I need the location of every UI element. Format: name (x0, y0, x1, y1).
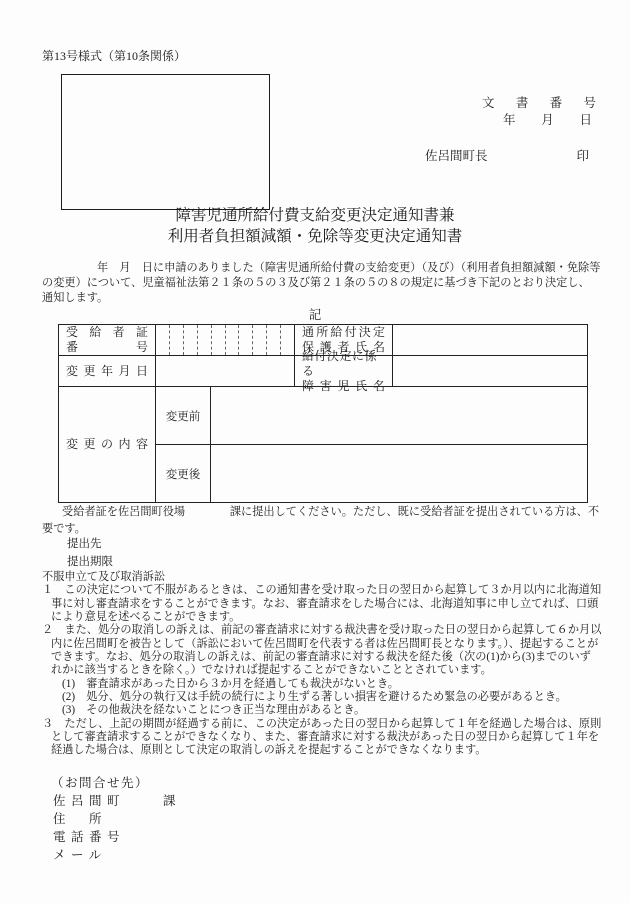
text-line: (1) 審査請求があった日から３か月を経過しても裁決がないとき。 (42, 678, 601, 691)
issuer-line: 佐呂間町長 印 (425, 146, 589, 164)
mayor-name: 佐呂間町長 (425, 146, 488, 164)
change-content-area: 変更前 変更後 (156, 387, 587, 502)
document-number-label: 文書番号 (482, 95, 596, 112)
contact-block: （お問合せ先） 佐呂間町 課 住 所 電話番号 メール (51, 774, 181, 864)
text-line: の変更）について、児童福祉法第２１条の５の３及び第２１条の５の８の規定に基づき下… (42, 276, 600, 291)
notification-document-page: 第13号様式（第10条関係） 文書番号 年月日 佐呂間町長 印 障害児通所給付費… (0, 0, 630, 903)
recipient-cert-label-line2: 番号 (66, 340, 148, 355)
recipient-address-box (61, 74, 270, 210)
digit-cell (239, 325, 253, 355)
care-decision-label-line1: 通所給付決定 (302, 325, 385, 340)
document-date-label: 年月日 (503, 112, 592, 129)
document-number-block: 文書番号 年月日 (482, 95, 596, 128)
contact-office-name: 佐呂間町 (53, 792, 125, 810)
text-line: 経過した場合は、原則として決定の取消しの訴えを提起することができなくなります。 (42, 744, 601, 757)
document-title: 障害児通所給付費支給変更決定通知書兼 利用者負担額減額・免除等変更決定通知書 (0, 206, 630, 247)
child-name-label: 給付決定に係る 障害児氏名 (295, 356, 393, 386)
text-line: １ この決定について不服があるときは、この通知書を受け取った日の翌日から起算して… (42, 584, 601, 597)
change-content-label-text: 変更の内容 (66, 437, 148, 452)
before-change-field (211, 387, 587, 444)
seal-mark: 印 (576, 146, 589, 164)
digit-cell (267, 325, 281, 355)
submission-deadline-label: 提出期限 (67, 554, 113, 572)
appeal-notice-heading: 不服申立て及び取消訴訟 (42, 571, 601, 584)
submission-destination-label: 提出先 (67, 536, 113, 554)
submit-note: 受給者証を佐呂間町役場 課に提出してください。ただし、既に受給者証を提出されてい… (42, 504, 599, 537)
text-line: 要です。 (42, 521, 599, 538)
text-line: (2) 処分、処分の執行又は手続の続行により生ずる著しい損害を避けるため緊急の必… (42, 691, 601, 704)
contact-office-suffix: 課 (163, 792, 181, 810)
change-date-field (156, 356, 295, 386)
form-number-label: 第13号様式（第10条関係） (42, 47, 186, 64)
digit-cell (184, 325, 198, 355)
digit-cell (170, 325, 184, 355)
cert-number-digit-cells (156, 325, 295, 355)
submission-info: 提出先 提出期限 (67, 536, 113, 571)
contact-address-label: 住 所 (51, 810, 181, 828)
digit-cell (212, 325, 226, 355)
before-change-row: 変更前 (156, 387, 587, 445)
digit-cell (253, 325, 267, 355)
after-change-field (211, 445, 587, 502)
text-line: ３ ただし、上記の期間が経過する前に、この決定があった日の翌日から起算して１年を… (42, 718, 601, 731)
guardian-name-field (393, 325, 587, 355)
text-line: により意見を述べることができます。 (42, 611, 601, 624)
digit-cell (226, 325, 240, 355)
digit-cell (156, 325, 170, 355)
benefits-table: 受給者証 番号 通所給付決定 保護者氏名 変更年月日 給付決定に係る 障害児氏名 (58, 324, 588, 503)
appeal-notice: 不服申立て及び取消訴訟 １ この決定について不服があるときは、この通知書を受け取… (42, 571, 601, 758)
text-line: (3) その他裁決を経ないことにつき正当な理由があるとき。 (42, 704, 601, 717)
ki-marker: 記 (0, 305, 630, 323)
table-row-change-date: 変更年月日 給付決定に係る 障害児氏名 (59, 356, 587, 387)
before-change-label: 変更前 (156, 387, 211, 444)
text-line: 年 月 日に申請のありました（障害児通所給付費の支給変更）（及び）（利用者負担額… (42, 261, 600, 276)
after-change-label: 変更後 (156, 445, 211, 502)
change-date-label-text: 変更年月日 (66, 364, 148, 379)
table-row-change-content: 変更の内容 変更前 変更後 (59, 387, 587, 502)
document-title-line1: 障害児通所給付費支給変更決定通知書兼 (0, 206, 630, 227)
appeal-notice-lines: １ この決定について不服があるときは、この通知書を受け取った日の翌日から起算して… (42, 584, 601, 757)
text-line: 受給者証を佐呂間町役場 課に提出してください。ただし、既に受給者証を提出されてい… (42, 504, 599, 521)
contact-office-row: 佐呂間町 課 (51, 792, 181, 810)
digit-cell (281, 325, 294, 355)
change-date-label: 変更年月日 (59, 356, 156, 386)
digit-cell (198, 325, 212, 355)
recipient-cert-label-line1: 受給者証 (66, 325, 148, 340)
change-content-label: 変更の内容 (59, 387, 156, 502)
contact-heading: （お問合せ先） (51, 774, 181, 792)
contact-mail-label: メール (51, 846, 181, 864)
child-label-line1: 給付決定に係る (302, 349, 385, 379)
after-change-row: 変更後 (156, 445, 587, 502)
intro-paragraph: 年 月 日に申請のありました（障害児通所給付費の支給変更）（及び）（利用者負担額… (42, 261, 600, 307)
text-line: できます。なお、処分の取消しの訴えは、前記の審査請求に対する裁決を経た後（次の(… (42, 651, 601, 664)
document-title-line2: 利用者負担額減額・免除等変更決定通知書 (0, 227, 630, 248)
text-line: 内に佐呂間町を被告として（訴訟において佐呂間町を代表する者は佐呂間町長となります… (42, 638, 601, 651)
text-line: ２ また、処分の取消しの訴えは、前記の審査請求に対する裁決書を受け取った日の翌日… (42, 624, 601, 637)
text-line: 事に対し審査請求をすることができます。なお、審査請求をした場合には、北海道知事に… (42, 598, 601, 611)
contact-phone-label: 電話番号 (51, 828, 181, 846)
text-line: れかに該当するときを除く。）でなければ提起することができないこととされています。 (42, 664, 601, 677)
child-name-field (393, 356, 587, 386)
text-line: として審査請求することができなくなり、また、審査請求に対する裁決があった日の翌日… (42, 731, 601, 744)
recipient-cert-number-label: 受給者証 番号 (59, 325, 156, 355)
